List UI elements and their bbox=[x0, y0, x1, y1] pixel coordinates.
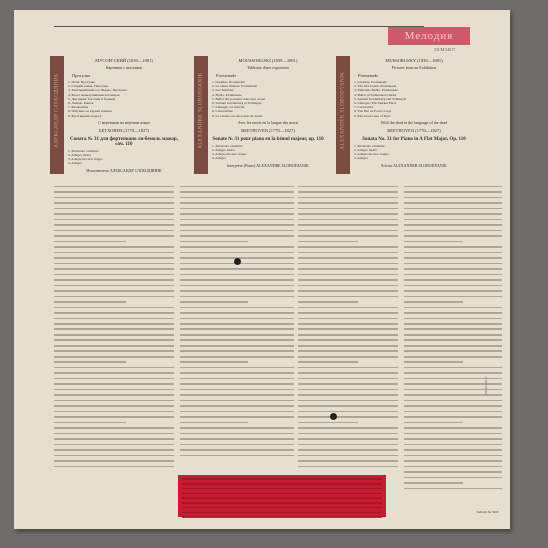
text-line bbox=[404, 301, 463, 303]
text-line bbox=[404, 318, 502, 320]
text-line bbox=[180, 389, 294, 391]
text-line bbox=[298, 202, 398, 204]
text-line bbox=[54, 394, 174, 396]
track-item: 4. Allegro bbox=[68, 161, 180, 165]
track-item: 4. Allegro bbox=[354, 156, 474, 160]
text-line bbox=[298, 383, 398, 385]
text-line bbox=[180, 444, 294, 446]
text-line bbox=[404, 296, 502, 298]
text-line bbox=[180, 422, 248, 424]
text-line bbox=[180, 405, 294, 407]
text-line bbox=[54, 296, 174, 298]
text-line bbox=[404, 241, 463, 243]
text-line bbox=[404, 416, 502, 418]
composer-heading: МУСОРГСКИЙ (1839—1881) bbox=[68, 58, 180, 63]
text-line bbox=[180, 191, 294, 193]
text-line bbox=[404, 345, 502, 347]
text-line bbox=[54, 466, 174, 468]
text-line bbox=[54, 350, 174, 352]
text-line bbox=[404, 433, 502, 435]
text-line bbox=[54, 252, 174, 254]
text-line bbox=[54, 460, 174, 462]
track-item: 4. Allegro bbox=[212, 156, 324, 160]
text-line bbox=[180, 301, 248, 303]
work-title: Pictures from an Exhibition bbox=[354, 65, 474, 70]
header-rule bbox=[54, 26, 424, 27]
text-line bbox=[404, 350, 502, 352]
text-line bbox=[298, 285, 398, 287]
text-line bbox=[404, 191, 502, 193]
tracklist-fr: ALEXANDRE SLOBODIANIK MOUSSORGSKI (1839—… bbox=[194, 56, 334, 174]
text-line bbox=[180, 378, 294, 380]
spine-ru: АЛЕКСАНДР СЛОБОДЯНИК bbox=[50, 56, 64, 174]
text-line bbox=[180, 372, 294, 374]
text-line bbox=[54, 197, 174, 199]
text-line bbox=[54, 279, 174, 281]
text-line bbox=[180, 186, 294, 188]
text-line bbox=[180, 279, 294, 281]
text-line bbox=[298, 296, 398, 298]
text-line bbox=[180, 252, 294, 254]
text-line bbox=[404, 477, 502, 479]
text-line bbox=[54, 345, 174, 347]
text-line bbox=[298, 323, 398, 325]
text-line bbox=[182, 493, 382, 495]
text-line bbox=[404, 422, 463, 424]
text-line bbox=[54, 257, 174, 259]
text-line bbox=[298, 318, 398, 320]
text-line bbox=[180, 323, 294, 325]
notes-column-fr-2 bbox=[298, 182, 398, 471]
catalog-number: 33СМ 04017 bbox=[434, 47, 455, 52]
text-line bbox=[298, 263, 398, 265]
text-line bbox=[180, 318, 294, 320]
text-line bbox=[180, 290, 294, 292]
text-line bbox=[180, 383, 294, 385]
text-line bbox=[180, 213, 294, 215]
track-item: 9. The Great Gate of Kiev bbox=[354, 114, 474, 118]
section-heading: С мертвыми на мертвом языке bbox=[68, 120, 180, 125]
text-line bbox=[404, 285, 502, 287]
text-line bbox=[54, 416, 174, 418]
text-line bbox=[404, 197, 502, 199]
text-line bbox=[298, 345, 398, 347]
text-line bbox=[180, 345, 294, 347]
composer-heading: БЕТХОВЕН (1770—1827) bbox=[68, 128, 180, 133]
order-code: ЗАКАЗ № 3208 bbox=[476, 510, 499, 514]
text-line bbox=[298, 257, 398, 259]
text-line bbox=[298, 339, 398, 341]
text-line bbox=[298, 219, 398, 221]
text-line bbox=[404, 372, 502, 374]
text-line bbox=[54, 224, 174, 226]
text-line bbox=[182, 507, 382, 509]
text-line bbox=[404, 230, 502, 232]
text-line bbox=[54, 378, 174, 380]
printer-info-vertical: 33СМ 04017 bbox=[484, 376, 488, 395]
text-line bbox=[54, 405, 174, 407]
text-line bbox=[54, 213, 174, 215]
text-line bbox=[404, 263, 502, 265]
text-line bbox=[298, 328, 398, 330]
text-line bbox=[54, 202, 174, 204]
text-line bbox=[180, 328, 294, 330]
text-line bbox=[180, 433, 294, 435]
text-line bbox=[298, 301, 358, 303]
text-line bbox=[298, 394, 398, 396]
text-line bbox=[54, 191, 174, 193]
text-line bbox=[298, 208, 398, 210]
notes-column-ru bbox=[54, 182, 174, 471]
text-line bbox=[298, 411, 398, 413]
text-line bbox=[404, 411, 502, 413]
text-line bbox=[180, 241, 248, 243]
text-line bbox=[180, 427, 294, 429]
text-line bbox=[298, 356, 398, 358]
work-title: Tableaux d'une exposition bbox=[212, 65, 324, 70]
performer-credit: Interprète (Piano) ALEXANDRE SLOBODIANIK bbox=[212, 163, 324, 168]
text-line bbox=[180, 197, 294, 199]
text-line bbox=[404, 274, 502, 276]
text-line bbox=[404, 219, 502, 221]
text-line bbox=[298, 444, 398, 446]
text-line bbox=[404, 186, 502, 188]
text-line bbox=[180, 339, 294, 341]
text-line bbox=[298, 274, 398, 276]
text-line bbox=[404, 449, 502, 451]
text-line bbox=[298, 372, 398, 374]
red-notice-box bbox=[178, 475, 386, 517]
text-line bbox=[180, 202, 294, 204]
text-line bbox=[298, 460, 398, 462]
section-heading: Прогулка bbox=[72, 73, 180, 78]
text-line bbox=[180, 312, 294, 314]
text-line bbox=[404, 224, 502, 226]
text-line bbox=[180, 449, 294, 451]
text-line bbox=[298, 427, 398, 429]
section-heading: Promenade bbox=[358, 73, 474, 78]
text-line bbox=[404, 356, 502, 358]
text-line bbox=[54, 285, 174, 287]
text-line bbox=[180, 400, 294, 402]
text-line bbox=[404, 328, 502, 330]
composer-heading: MUSSORGSKY (1839—1881) bbox=[354, 58, 474, 63]
text-line bbox=[182, 497, 382, 499]
text-line bbox=[54, 422, 126, 424]
text-line bbox=[404, 213, 502, 215]
section-divider-dot bbox=[330, 413, 337, 420]
text-line bbox=[298, 350, 398, 352]
text-line bbox=[298, 400, 398, 402]
text-line bbox=[54, 438, 174, 440]
text-line bbox=[298, 197, 398, 199]
text-line bbox=[404, 279, 502, 281]
work-title: Sonate № 31 pour piano en la bémol majeu… bbox=[212, 137, 324, 142]
text-line bbox=[298, 334, 398, 336]
text-line bbox=[404, 339, 502, 341]
text-line bbox=[180, 268, 294, 270]
text-line bbox=[404, 257, 502, 259]
text-line bbox=[298, 367, 398, 369]
text-line bbox=[54, 372, 174, 374]
composer-heading: BEETHOVEN (1770—1827) bbox=[212, 128, 324, 133]
text-line bbox=[298, 279, 398, 281]
text-line bbox=[180, 219, 294, 221]
text-line bbox=[404, 405, 502, 407]
text-line bbox=[180, 438, 294, 440]
text-line bbox=[404, 252, 502, 254]
text-line bbox=[54, 318, 174, 320]
text-line bbox=[298, 466, 398, 468]
text-line bbox=[298, 307, 398, 309]
text-line bbox=[54, 444, 174, 446]
text-line bbox=[404, 427, 502, 429]
text-line bbox=[180, 350, 294, 352]
tracklist-en: ALEXANDER SLOBODYANIK MUSSORGSKY (1839—1… bbox=[336, 56, 486, 174]
text-line bbox=[180, 361, 248, 363]
text-line bbox=[180, 356, 294, 358]
text-line bbox=[182, 512, 382, 514]
text-line bbox=[298, 213, 398, 215]
text-line bbox=[404, 268, 502, 270]
text-line bbox=[404, 235, 502, 237]
text-line bbox=[54, 230, 174, 232]
composer-heading: BEETHOVEN (1770—1827) bbox=[354, 128, 474, 133]
text-line bbox=[298, 290, 398, 292]
text-line bbox=[54, 219, 174, 221]
text-line bbox=[180, 285, 294, 287]
text-line bbox=[180, 307, 294, 309]
text-line bbox=[404, 455, 502, 457]
text-line bbox=[180, 455, 294, 457]
text-line bbox=[298, 241, 358, 243]
text-line bbox=[404, 208, 502, 210]
text-line bbox=[54, 400, 174, 402]
text-line bbox=[54, 356, 174, 358]
work-title: Sonata No. 31 for Piano in A Flat Major,… bbox=[354, 137, 474, 142]
text-line bbox=[180, 296, 294, 298]
text-line bbox=[404, 323, 502, 325]
text-line bbox=[54, 301, 126, 303]
text-line bbox=[180, 230, 294, 232]
text-line bbox=[298, 186, 398, 188]
text-line bbox=[298, 455, 398, 457]
text-line bbox=[298, 422, 358, 424]
text-line bbox=[180, 224, 294, 226]
text-line bbox=[298, 224, 398, 226]
text-line bbox=[54, 383, 174, 385]
text-line bbox=[404, 202, 502, 204]
text-line bbox=[404, 312, 502, 314]
text-line bbox=[298, 361, 358, 363]
performer-credit: Soloist ALEXANDER SLOBODYANIK bbox=[354, 163, 474, 168]
text-line bbox=[54, 268, 174, 270]
text-line bbox=[54, 263, 174, 265]
text-line bbox=[180, 208, 294, 210]
text-line bbox=[182, 502, 382, 504]
track-item: 9. La cabane sur des pattes de poule bbox=[212, 114, 324, 118]
text-line bbox=[298, 246, 398, 248]
text-line bbox=[54, 323, 174, 325]
text-line bbox=[54, 367, 174, 369]
text-line bbox=[180, 334, 294, 336]
record-sleeve: Мелодия 33СМ 04017 АЛЕКСАНДР СЛОБОДЯНИК … bbox=[14, 10, 510, 529]
text-line bbox=[404, 334, 502, 336]
text-line bbox=[182, 478, 382, 480]
text-line bbox=[180, 367, 294, 369]
section-divider-dot bbox=[234, 258, 241, 265]
text-line bbox=[182, 516, 382, 518]
text-line bbox=[404, 246, 502, 248]
text-line bbox=[182, 483, 382, 485]
text-line bbox=[180, 274, 294, 276]
text-line bbox=[404, 460, 502, 462]
text-line bbox=[54, 334, 174, 336]
text-line bbox=[54, 274, 174, 276]
section-heading: With the dead in the language of the dea… bbox=[354, 120, 474, 125]
spine-en: ALEXANDER SLOBODYANIK bbox=[336, 56, 350, 174]
performer-credit: Исполнитель АЛЕКСАНДР СЛОБОДЯНИК bbox=[68, 168, 180, 173]
text-line bbox=[404, 482, 463, 484]
text-line bbox=[54, 186, 174, 188]
text-line bbox=[180, 411, 294, 413]
text-line bbox=[54, 455, 174, 457]
text-line bbox=[298, 389, 398, 391]
text-line bbox=[404, 361, 463, 363]
notes-column-fr-1 bbox=[180, 182, 294, 460]
text-line bbox=[180, 246, 294, 248]
text-line bbox=[54, 235, 174, 237]
text-line bbox=[404, 488, 502, 490]
text-line bbox=[54, 241, 126, 243]
text-line bbox=[54, 389, 174, 391]
text-line bbox=[404, 466, 502, 468]
track-item: 9. Богатырские ворота bbox=[68, 114, 180, 118]
text-line bbox=[404, 400, 502, 402]
text-line bbox=[404, 367, 502, 369]
section-heading: Promenade bbox=[216, 73, 324, 78]
text-line bbox=[404, 307, 502, 309]
text-line bbox=[298, 252, 398, 254]
spine-fr: ALEXANDRE SLOBODIANIK bbox=[194, 56, 208, 174]
text-line bbox=[54, 433, 174, 435]
text-line bbox=[298, 405, 398, 407]
notes-column-en bbox=[404, 182, 502, 493]
melodiya-logo: Мелодия bbox=[388, 27, 470, 45]
text-line bbox=[180, 394, 294, 396]
text-line bbox=[54, 208, 174, 210]
text-line bbox=[54, 427, 174, 429]
text-line bbox=[54, 361, 126, 363]
text-line bbox=[298, 230, 398, 232]
text-line bbox=[298, 416, 398, 418]
text-line bbox=[54, 307, 174, 309]
text-line bbox=[180, 235, 294, 237]
text-line bbox=[404, 438, 502, 440]
text-line bbox=[54, 328, 174, 330]
text-line bbox=[54, 290, 174, 292]
text-line bbox=[404, 471, 502, 473]
text-line bbox=[298, 312, 398, 314]
text-line bbox=[298, 378, 398, 380]
text-line bbox=[54, 411, 174, 413]
text-line bbox=[54, 246, 174, 248]
text-line bbox=[298, 433, 398, 435]
tracklist-ru: АЛЕКСАНДР СЛОБОДЯНИК МУСОРГСКИЙ (1839—18… bbox=[50, 56, 190, 174]
text-line bbox=[298, 235, 398, 237]
composer-heading: MOUSSORGSKI (1839—1881) bbox=[212, 58, 324, 63]
text-line bbox=[298, 191, 398, 193]
text-line bbox=[298, 449, 398, 451]
text-line bbox=[180, 416, 294, 418]
text-line bbox=[54, 449, 174, 451]
text-line bbox=[298, 438, 398, 440]
work-title: Картинки с выставки bbox=[68, 65, 180, 70]
text-line bbox=[54, 339, 174, 341]
text-line bbox=[54, 312, 174, 314]
work-title: Соната № 31 для фортепиано ля-бемоль маж… bbox=[68, 137, 180, 147]
text-line bbox=[182, 488, 382, 490]
text-line bbox=[404, 290, 502, 292]
text-line bbox=[298, 268, 398, 270]
section-heading: Avec les morts en la langue des morts bbox=[212, 120, 324, 125]
text-line bbox=[404, 444, 502, 446]
